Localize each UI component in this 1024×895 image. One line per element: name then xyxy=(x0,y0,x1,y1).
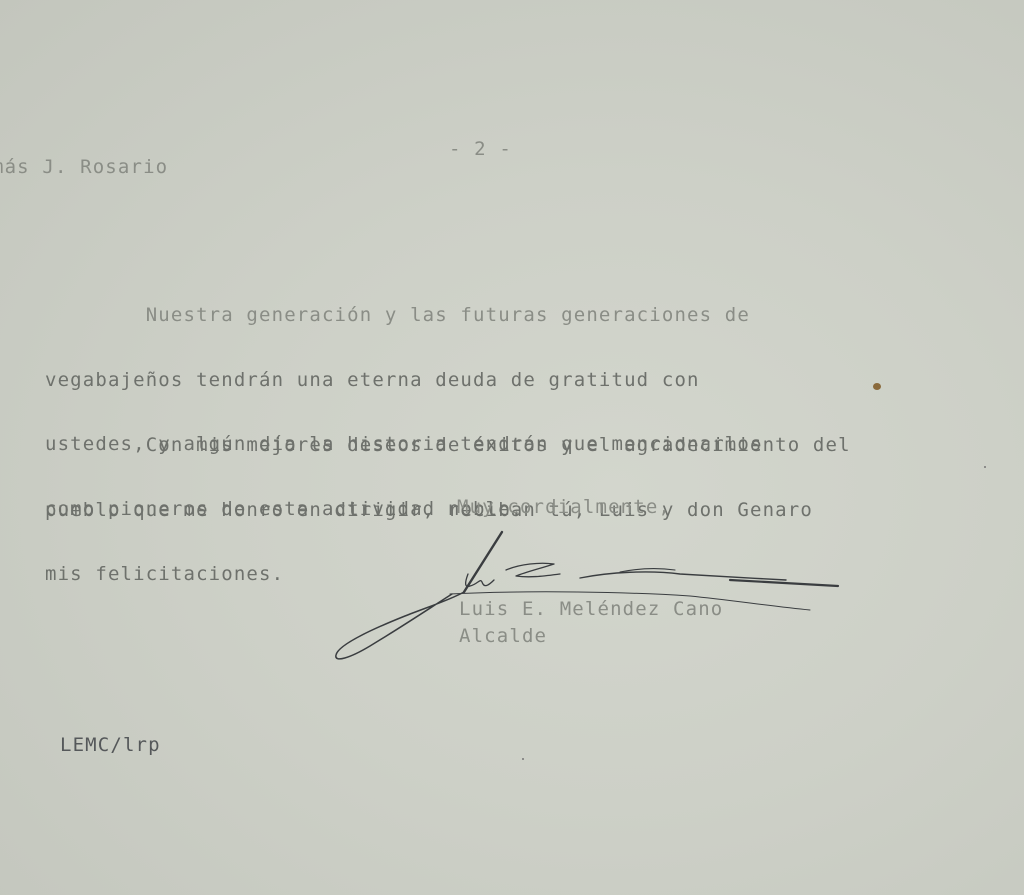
paper-speck xyxy=(522,758,524,760)
signer-title: Alcalde xyxy=(459,627,547,646)
paragraph-1-line: Nuestra generación y las futuras generac… xyxy=(45,306,763,333)
closing-salutation: Muy cordialmente, xyxy=(457,498,671,517)
letter-page: más J. Rosario - 2 - Nuestra generación … xyxy=(0,0,1024,895)
paper-stain xyxy=(873,383,881,390)
recipient-header: más J. Rosario xyxy=(0,158,168,177)
paragraph-2-line: Con mis mejores deseos de éxitos y el ag… xyxy=(45,436,851,463)
paper-speck xyxy=(984,466,986,468)
paragraph-1-line: vegabajeños tendrán una eterna deuda de … xyxy=(45,371,763,398)
page-number: - 2 - xyxy=(449,140,512,159)
handwritten-signature xyxy=(330,520,850,670)
signer-name: Luis E. Meléndez Cano xyxy=(459,600,723,619)
reference-initials: LEMC/lrp xyxy=(60,736,161,755)
